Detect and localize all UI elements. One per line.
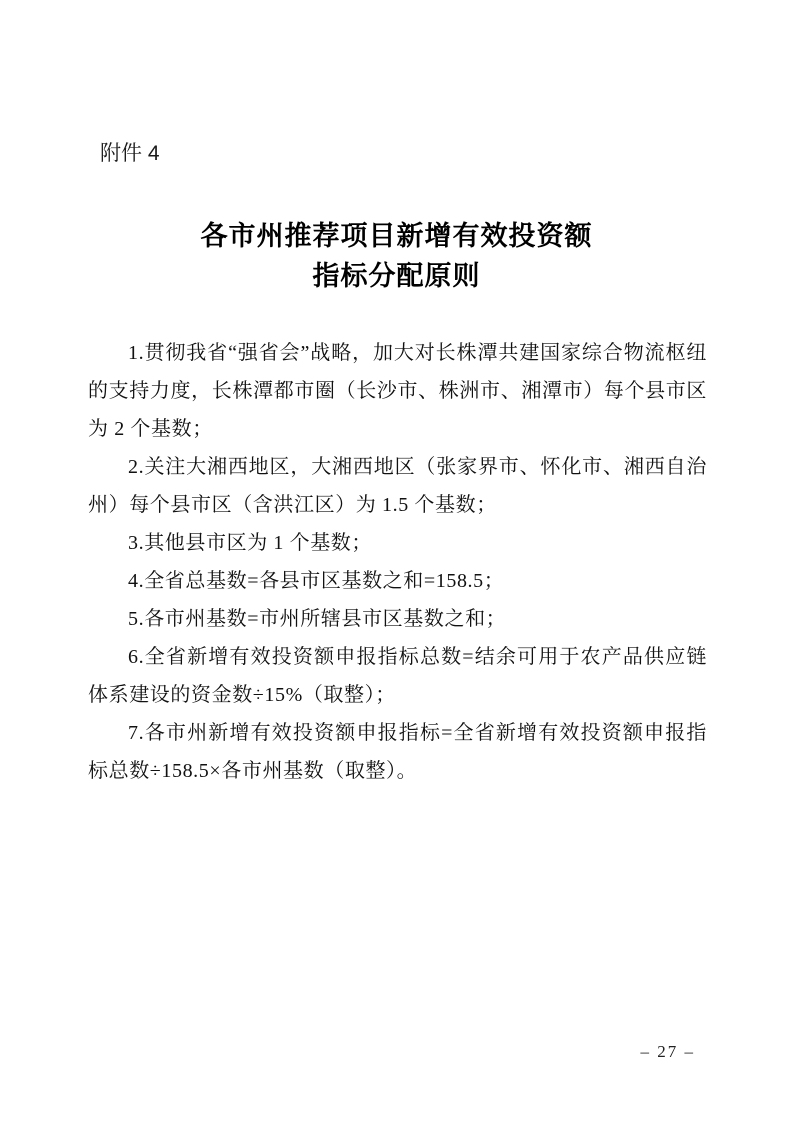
attachment-label: 附件 4 bbox=[100, 140, 160, 167]
document-page: 附件 4 各市州推荐项目新增有效投资额 指标分配原则 1.贯彻我省“强省会”战略… bbox=[0, 0, 793, 1122]
paragraph-3: 3.其他县市区为 1 个基数； bbox=[88, 524, 707, 562]
paragraph-5: 5.各市州基数=市州所辖县市区基数之和； bbox=[88, 600, 707, 638]
paragraph-7: 7.各市州新增有效投资额申报指标=全省新增有效投资额申报指标总数÷158.5×各… bbox=[88, 714, 707, 790]
paragraph-2: 2.关注大湘西地区，大湘西地区（张家界市、怀化市、湘西自治州）每个县市区（含洪江… bbox=[88, 448, 707, 524]
paragraph-4: 4.全省总基数=各县市区基数之和=158.5； bbox=[88, 562, 707, 600]
document-title-line2: 指标分配原则 bbox=[0, 256, 793, 296]
document-title: 各市州推荐项目新增有效投资额 指标分配原则 bbox=[0, 216, 793, 296]
document-body: 1.贯彻我省“强省会”战略，加大对长株潭共建国家综合物流枢纽的支持力度，长株潭都… bbox=[88, 334, 707, 790]
document-title-line1: 各市州推荐项目新增有效投资额 bbox=[0, 216, 793, 256]
page-number: – 27 – bbox=[641, 1042, 696, 1062]
paragraph-1: 1.贯彻我省“强省会”战略，加大对长株潭共建国家综合物流枢纽的支持力度，长株潭都… bbox=[88, 334, 707, 448]
paragraph-6: 6.全省新增有效投资额申报指标总数=结余可用于农产品供应链体系建设的资金数÷15… bbox=[88, 638, 707, 714]
